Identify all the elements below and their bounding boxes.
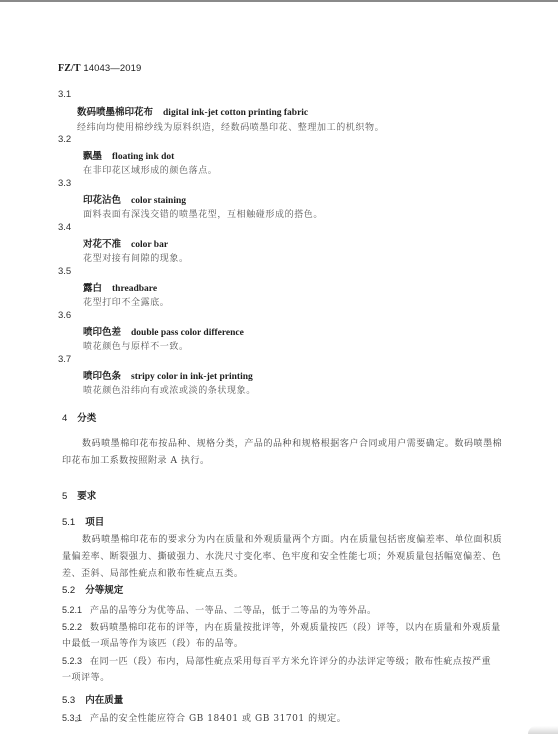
clause-text: 在同一匹（段）布内，局部性疵点采用每百平方米允许评分的办法评定等级；散布性疵点按… — [90, 657, 491, 667]
clause-number: 5.2.2 — [62, 622, 82, 632]
standard-code: FZ/T 14043—2019 — [58, 63, 141, 74]
clause-5-2-2-continuation: 中最低一项品等作为该匹（段）布的品等。 — [62, 636, 243, 654]
term-definition: 经纬向均使用棉纱线为原料织造，经数码喷墨印花、整理加工的机织物。 — [77, 120, 384, 133]
section-number: 5 — [62, 491, 67, 502]
term-title: 喷印色条stripy color in ink-jet printing — [83, 368, 253, 382]
subsection-number: 5.1 — [62, 517, 75, 528]
term-definition: 喷花颜色沿纬向有或浓或淡的条状现象。 — [83, 383, 256, 396]
standard-number: 14043—2019 — [83, 63, 141, 74]
term-title: 对花不准color bar — [83, 236, 168, 250]
subsection-title: 项目 — [85, 517, 104, 528]
term-number: 3.5 — [58, 266, 71, 277]
term-definition: 喷花颜色与原样不一致。 — [83, 339, 189, 352]
subsection-heading-5-3: 5.3内在质量 — [62, 692, 123, 706]
term-number: 3.2 — [58, 134, 71, 145]
term-en: color bar — [131, 240, 168, 250]
term-en: double pass color difference — [131, 328, 244, 338]
term-en: color staining — [131, 196, 186, 206]
clause-5-2-3: 5.2.3在同一匹（段）布内，局部性疵点采用每百平方米允许评分的办法评定等级；散… — [62, 653, 491, 672]
subsection-number: 5.2 — [62, 585, 75, 596]
subsection-title: 内在质量 — [85, 695, 123, 706]
section-title: 分类 — [77, 413, 96, 424]
term-number: 3.6 — [58, 310, 71, 321]
term-title: 喷印色差double pass color difference — [83, 324, 244, 338]
term-zh: 喷印色差 — [83, 327, 121, 338]
term-en: threadbare — [112, 284, 157, 294]
subsection-title: 分等规定 — [85, 585, 123, 596]
term-zh: 数码喷墨棉印花布 — [77, 107, 153, 118]
clause-5-2-2: 5.2.2数码喷墨棉印花布的评等，内在质量按批评等，外观质量按匹（段）评等，以内… — [62, 619, 501, 638]
term-title: 露白threadbare — [83, 280, 157, 294]
term-title: 印花沾色color staining — [83, 192, 186, 206]
section-heading-5: 5要求 — [62, 488, 96, 502]
clause-text: 产品的安全性能应符合 GB 18401 或 GB 31701 的规定。 — [90, 714, 346, 724]
term-title: 飘墨floating ink dot — [83, 148, 174, 162]
clause-5-2-1: 5.2.1产品的品等分为优等品、一等品、二等品，低于二等品的为等外品。 — [62, 602, 377, 621]
term-number: 3.1 — [58, 89, 71, 100]
term-definition: 面料表面有深浅交错的喷墨花型，互相触碰形成的搭色。 — [83, 207, 323, 220]
page-curl-shadow — [528, 726, 558, 734]
term-title: 数码喷墨棉印花布digital ink-jet cotton printing … — [77, 104, 308, 118]
term-en: stripy color in ink-jet printing — [131, 372, 253, 382]
term-zh: 飘墨 — [83, 151, 102, 162]
clause-number: 5.2.1 — [62, 605, 82, 615]
section-heading-4: 4分类 — [62, 410, 96, 424]
term-number: 3.7 — [58, 354, 71, 365]
subsection-heading-5-2: 5.2分等规定 — [62, 582, 123, 596]
document-page: FZ/T 14043—2019 3.1 数码喷墨棉印花布digital ink-… — [0, 0, 558, 734]
term-en: floating ink dot — [112, 152, 174, 162]
term-definition: 花型对接有间隙的现象。 — [83, 251, 189, 264]
clause-text: 产品的品等分为优等品、一等品、二等品，低于二等品的为等外品。 — [90, 606, 377, 616]
section-title: 要求 — [77, 491, 96, 502]
term-zh: 对花不准 — [83, 239, 121, 250]
subsection-heading-5-1: 5.1项目 — [62, 514, 104, 528]
clause-5-3-1: 5.3.1产品的安全性能应符合 GB 18401 或 GB 31701 的规定。 — [62, 710, 346, 729]
clause-5-2-3-continuation: 一项评等。 — [62, 670, 110, 688]
term-definition: 在非印花区域形成的颜色落点。 — [83, 163, 217, 176]
term-number: 3.4 — [58, 222, 71, 233]
subsection-number: 5.3 — [62, 695, 75, 706]
clause-number: 5.3.1 — [62, 713, 82, 723]
section-number: 4 — [62, 413, 67, 424]
clause-number: 5.2.3 — [62, 656, 82, 666]
term-definition: 花型打印不全露底。 — [83, 295, 169, 308]
section-4-paragraph: 数码喷墨棉印花布按品种、规格分类，产品的品种和规格根据客户合同或用户需要确定。数… — [62, 436, 506, 470]
standard-prefix: FZ/T — [58, 63, 81, 74]
page-number: 2 — [75, 717, 79, 724]
term-en: digital ink-jet cotton printing fabric — [163, 108, 308, 118]
term-zh: 喷印色条 — [83, 371, 121, 382]
subsection-5-1-paragraph: 数码喷墨棉印花布的要求分为内在质量和外观质量两个方面。内在质量包括密度偏差率、单… — [62, 532, 506, 583]
term-zh: 露白 — [83, 283, 102, 294]
term-number: 3.3 — [58, 178, 71, 189]
clause-text: 数码喷墨棉印花布的评等，内在质量按批评等，外观质量按匹（段）评等，以内在质量和外… — [90, 623, 501, 633]
term-zh: 印花沾色 — [83, 195, 121, 206]
